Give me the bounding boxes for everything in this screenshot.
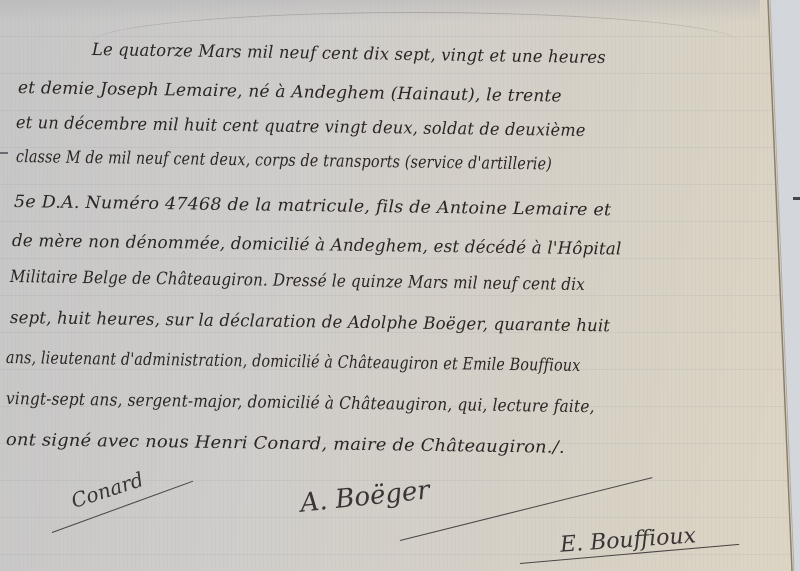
record-line-10: vingt-sept ans, sergent-major, domicilié… (6, 389, 595, 417)
record-line-1: Le quatorze Mars mil neuf cent dix sept,… (92, 40, 606, 68)
record-line-4: classe M de mil neuf cent deux, corps de… (16, 147, 552, 174)
record-line-7: Militaire Belge de Châteaugiron. Dressé … (10, 267, 585, 295)
document-scene: Le quatorze Mars mil neuf cent dix sept,… (0, 0, 800, 571)
record-line-9: ans, lieutenant d'administration, domici… (6, 348, 581, 376)
record-line-6: de mère non dénommée, domicilié à Andegh… (12, 231, 622, 260)
record-line-2: et demie Joseph Lemaire, né à Andeghem (… (18, 78, 562, 107)
record-line-11: ont signé avec nous Henri Conard, maire … (6, 430, 565, 458)
record-line-5: 5e D.A. Numéro 47468 de la matricule, fi… (14, 192, 612, 220)
record-line-3: et un décembre mil huit cent quatre ving… (16, 113, 586, 141)
record-line-8: sept, huit heures, sur la déclaration de… (10, 308, 610, 336)
